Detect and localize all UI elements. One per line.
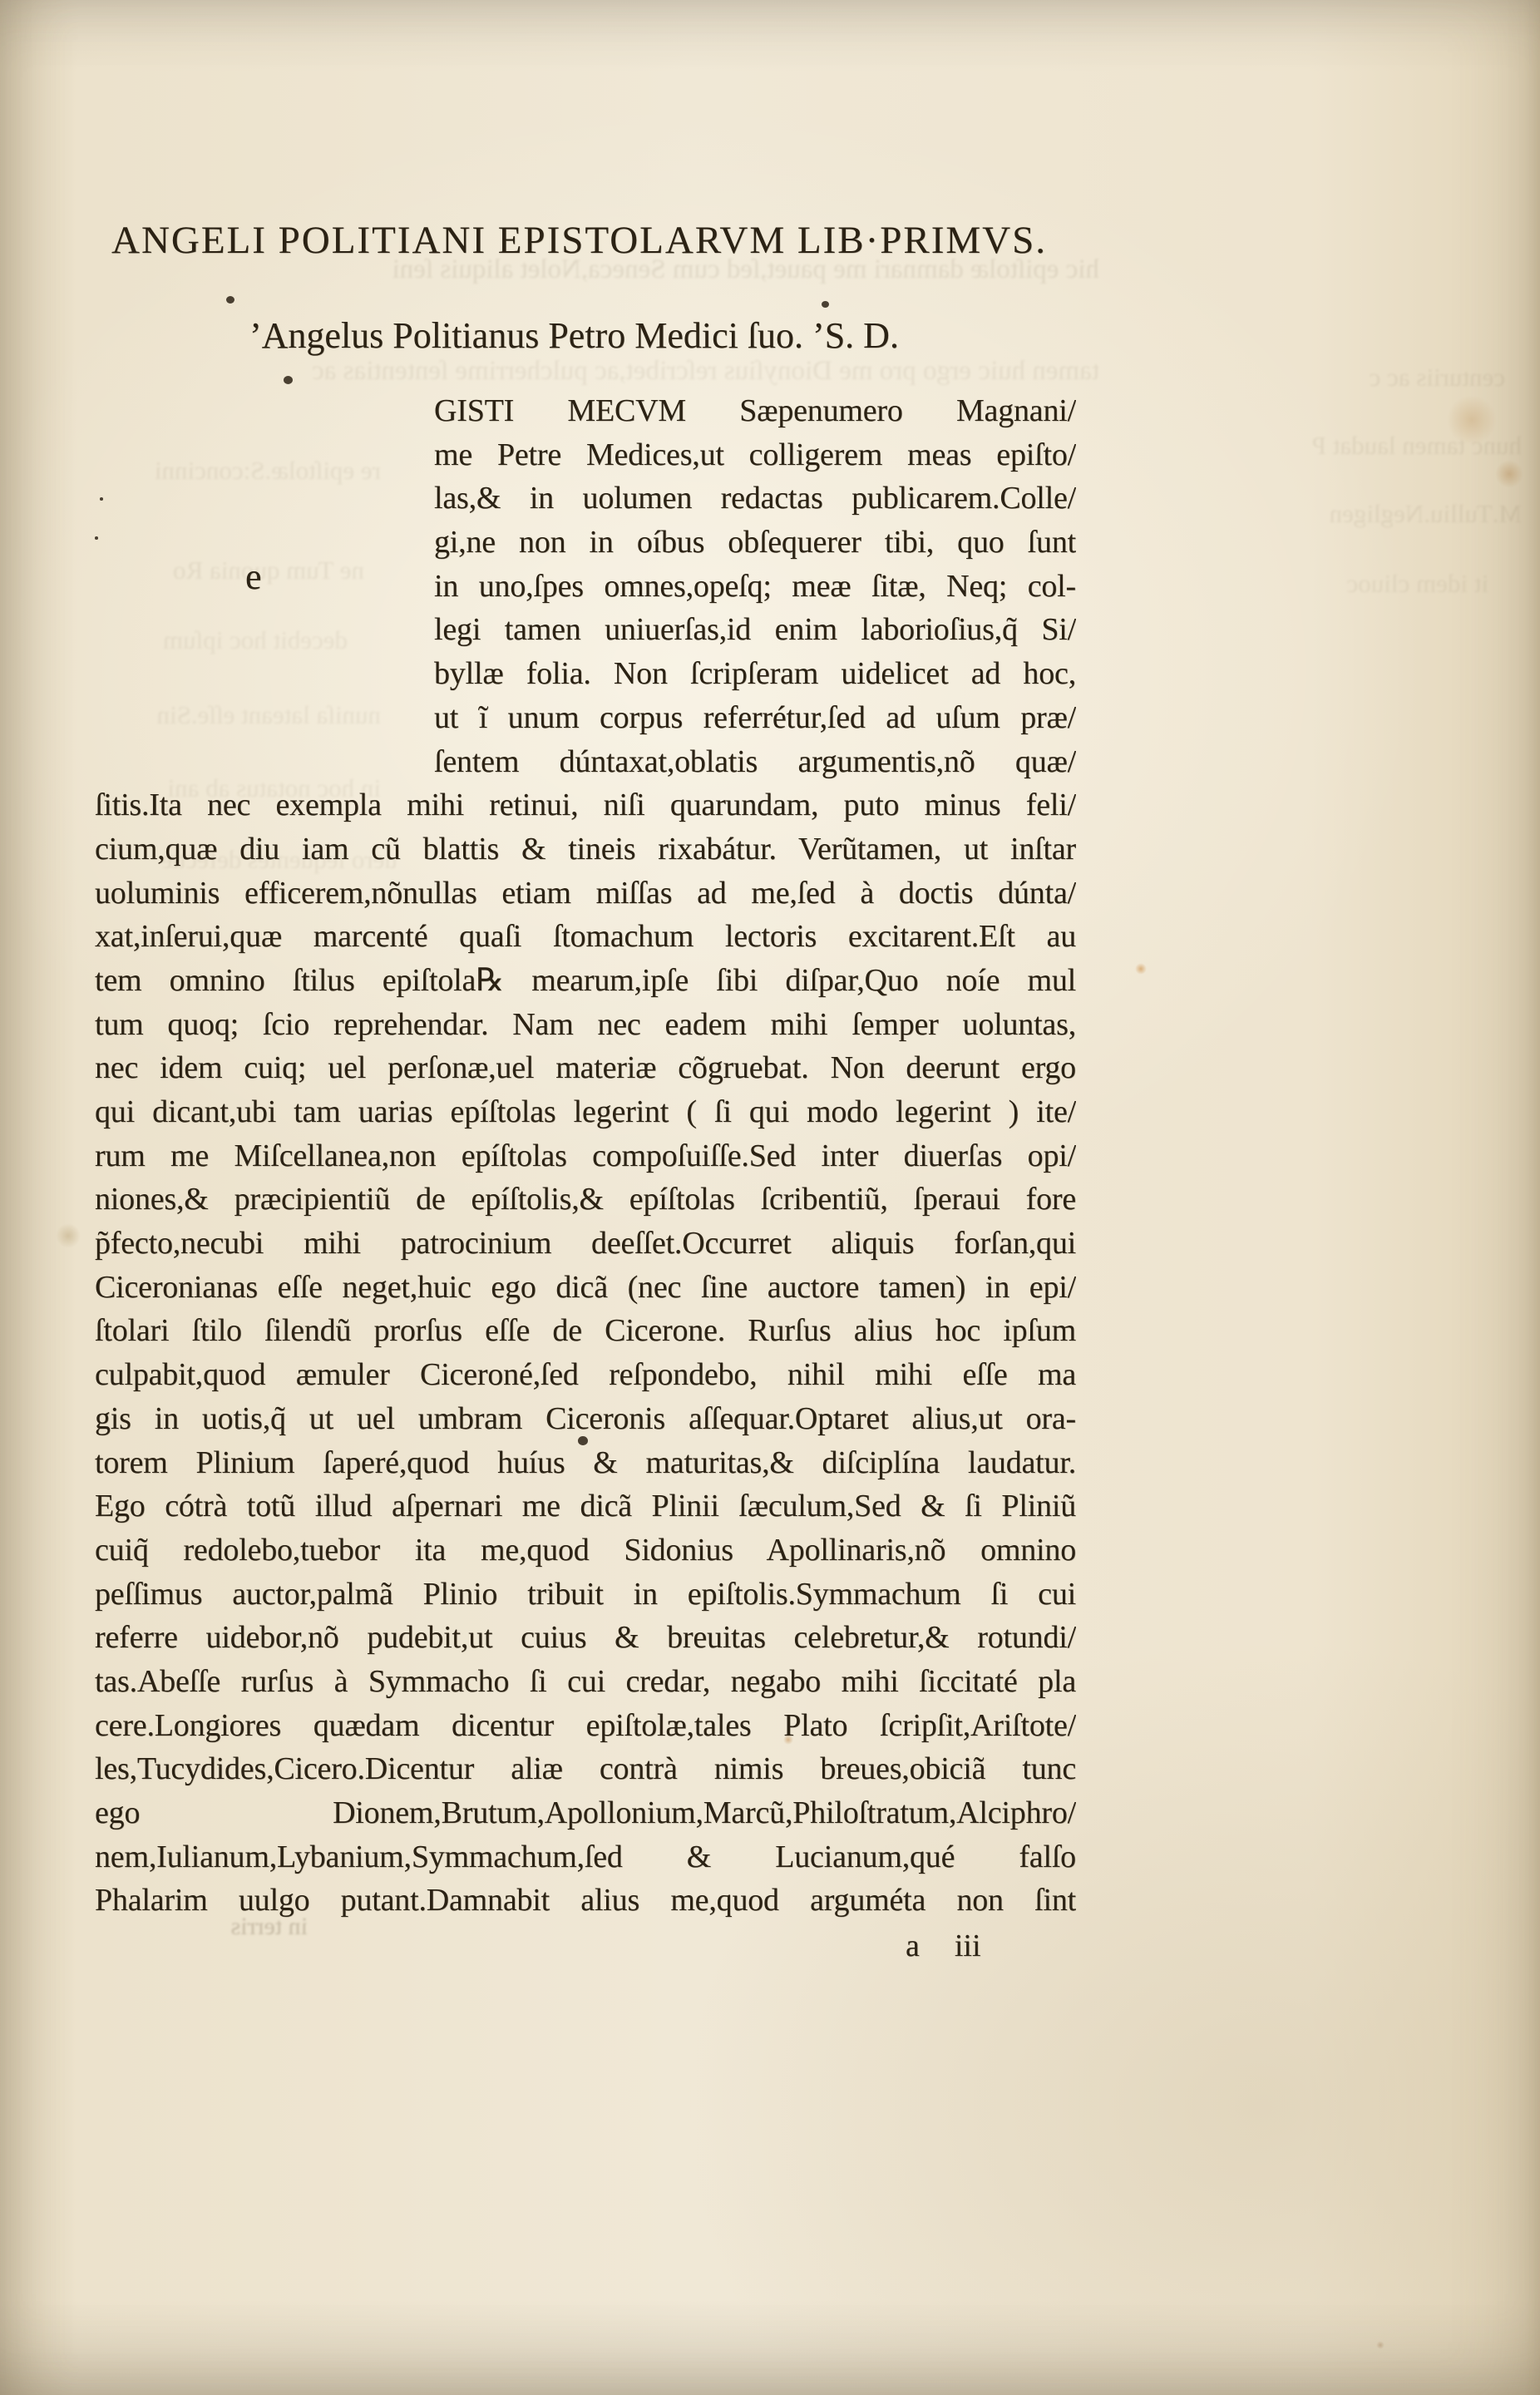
text-line: GISTI MECVM Sæpenumero Magnani/ bbox=[434, 389, 1076, 433]
foxing-stain bbox=[56, 1223, 81, 1248]
showthrough-fragment: centuriis ac c bbox=[1106, 363, 1505, 393]
showthrough-fragment: M.Tulliu.Negligen bbox=[1106, 499, 1522, 529]
text-line: peſſimus auctor,palmã Plinio tribuit in … bbox=[95, 1573, 1076, 1617]
text-line: byllæ folia. Non ſcripſeram uidelicet ad… bbox=[434, 652, 1076, 696]
text-line: nec idem cuiq; uel perſonæ,uel materiæ c… bbox=[95, 1046, 1076, 1090]
text-line: torem Plinium ſaperé,quod huíus & maturi… bbox=[95, 1441, 1076, 1485]
text-line: cium,quæ diu iam cũ blattis & tineis rix… bbox=[95, 827, 1076, 872]
text-line: les,Tucydides,Cicero.Dicentur aliæ contr… bbox=[95, 1747, 1076, 1791]
foxing-stain bbox=[1495, 460, 1523, 488]
text-line: ut ĩ unum corpus referrétur,ſed ad uſum … bbox=[434, 696, 1076, 740]
text-line: niones,& præcipientiũ de epíſtolis,& epí… bbox=[95, 1178, 1076, 1222]
book-page-scan: hic epiſtolæ damnari me pauet,ſed cum Se… bbox=[0, 0, 1540, 2395]
text-block: GISTI MECVM Sæpenumero Magnani/me Petre … bbox=[95, 389, 1076, 1923]
text-line: tum quoq; ſcio reprehendar. Nam nec eade… bbox=[95, 1003, 1076, 1047]
signature-leaf: iii bbox=[955, 1928, 981, 1963]
text-line: Ego cótrà totũ illud aſpernari me dicã P… bbox=[95, 1484, 1076, 1528]
foxing-stain bbox=[1376, 2341, 1385, 2349]
text-line: xat,inſerui,quæ marcenté quaſi ſtomachum… bbox=[95, 915, 1076, 959]
text-line: me Petre Medices,ut colligerem meas epiſ… bbox=[434, 433, 1076, 477]
page-title: ANGELI POLITIANI EPISTOLARVM LIB·PRIMVS. bbox=[111, 218, 1442, 263]
text-line: in uno,ſpes omnes,opeſq; meæ ſitæ, Neq; … bbox=[434, 565, 1076, 609]
text-line: gis in uotis,q̃ ut uel umbram Ciceronis … bbox=[95, 1397, 1076, 1441]
text-line: referre uidebor,nõ pudebit,ut cuius & br… bbox=[95, 1616, 1076, 1660]
text-line: tem omnino ſtilus epiſtola℞ mearum,ipſe … bbox=[95, 959, 1076, 1003]
text-line: cuiq̃ redolebo,tuebor ita me,quod Sidoni… bbox=[95, 1528, 1076, 1573]
foxing-stain bbox=[1447, 395, 1497, 445]
text-line: ſtolari ſtilo ſilendũ prorſus eſſe de Ci… bbox=[95, 1309, 1076, 1353]
text-line: cere.Longiores quædam dicentur epiſtolæ,… bbox=[95, 1704, 1076, 1748]
ink-spot bbox=[226, 296, 234, 304]
showthrough-fragment: tamen huic ergo pro me Dionyſius reſcrib… bbox=[93, 356, 1099, 387]
text-line: ſentem dúntaxat,oblatis argumentis,nõ qu… bbox=[434, 740, 1076, 784]
showthrough-fragment: hunc tamen laudat P bbox=[1106, 431, 1522, 461]
text-line: legi tamen uniuerſas,id enim laborioſius… bbox=[434, 608, 1076, 652]
text-line: culpabit,quod æmuler Ciceroné,ſed reſpon… bbox=[95, 1353, 1076, 1397]
text-line: ego Dionem,Brutum,Apollonium,Marcũ,Philo… bbox=[95, 1791, 1076, 1835]
text-line: nem,Iulianum,Lybanium,Symmachum,ſed & Lu… bbox=[95, 1835, 1076, 1879]
text-line: las,& in uolumen redactas publicarem.Col… bbox=[434, 477, 1076, 521]
signature-gathering: a bbox=[906, 1928, 920, 1963]
showthrough-fragment: it idem cliuoc bbox=[1106, 569, 1488, 599]
text-line: gi,ne non in oíbus obſequerer tibi, quo … bbox=[434, 521, 1076, 565]
letter-salutation: ’Angelus Politianus Petro Medici ſuo. ’S… bbox=[249, 314, 1247, 357]
text-line: tas.Abeſſe rurſus à Symmacho ſi cui cred… bbox=[95, 1660, 1076, 1704]
text-line: Ciceronianas eſſe neget,huic ego dicã (n… bbox=[95, 1266, 1076, 1310]
text-line: ſitis.Ita nec exempla mihi retinui, niſi… bbox=[95, 783, 1076, 827]
text-line: rum me Miſcellanea,non epíſtolas compoſu… bbox=[95, 1134, 1076, 1178]
signature-mark: aiii bbox=[906, 1928, 981, 1964]
text-line: Phalarim uulgo putant.Damnabit alius me,… bbox=[95, 1879, 1076, 1923]
text-line: qui dicant,ubi tam uarias epíſtolas lege… bbox=[95, 1090, 1076, 1134]
ink-spot bbox=[284, 376, 293, 384]
foxing-stain bbox=[1135, 963, 1147, 975]
text-line: p̃fecto,necubi mihi patrocinium deeſſet.… bbox=[95, 1222, 1076, 1266]
text-line: uoluminis efficerem,nõnullas etiam miſſa… bbox=[95, 872, 1076, 916]
ink-spot bbox=[822, 301, 829, 308]
